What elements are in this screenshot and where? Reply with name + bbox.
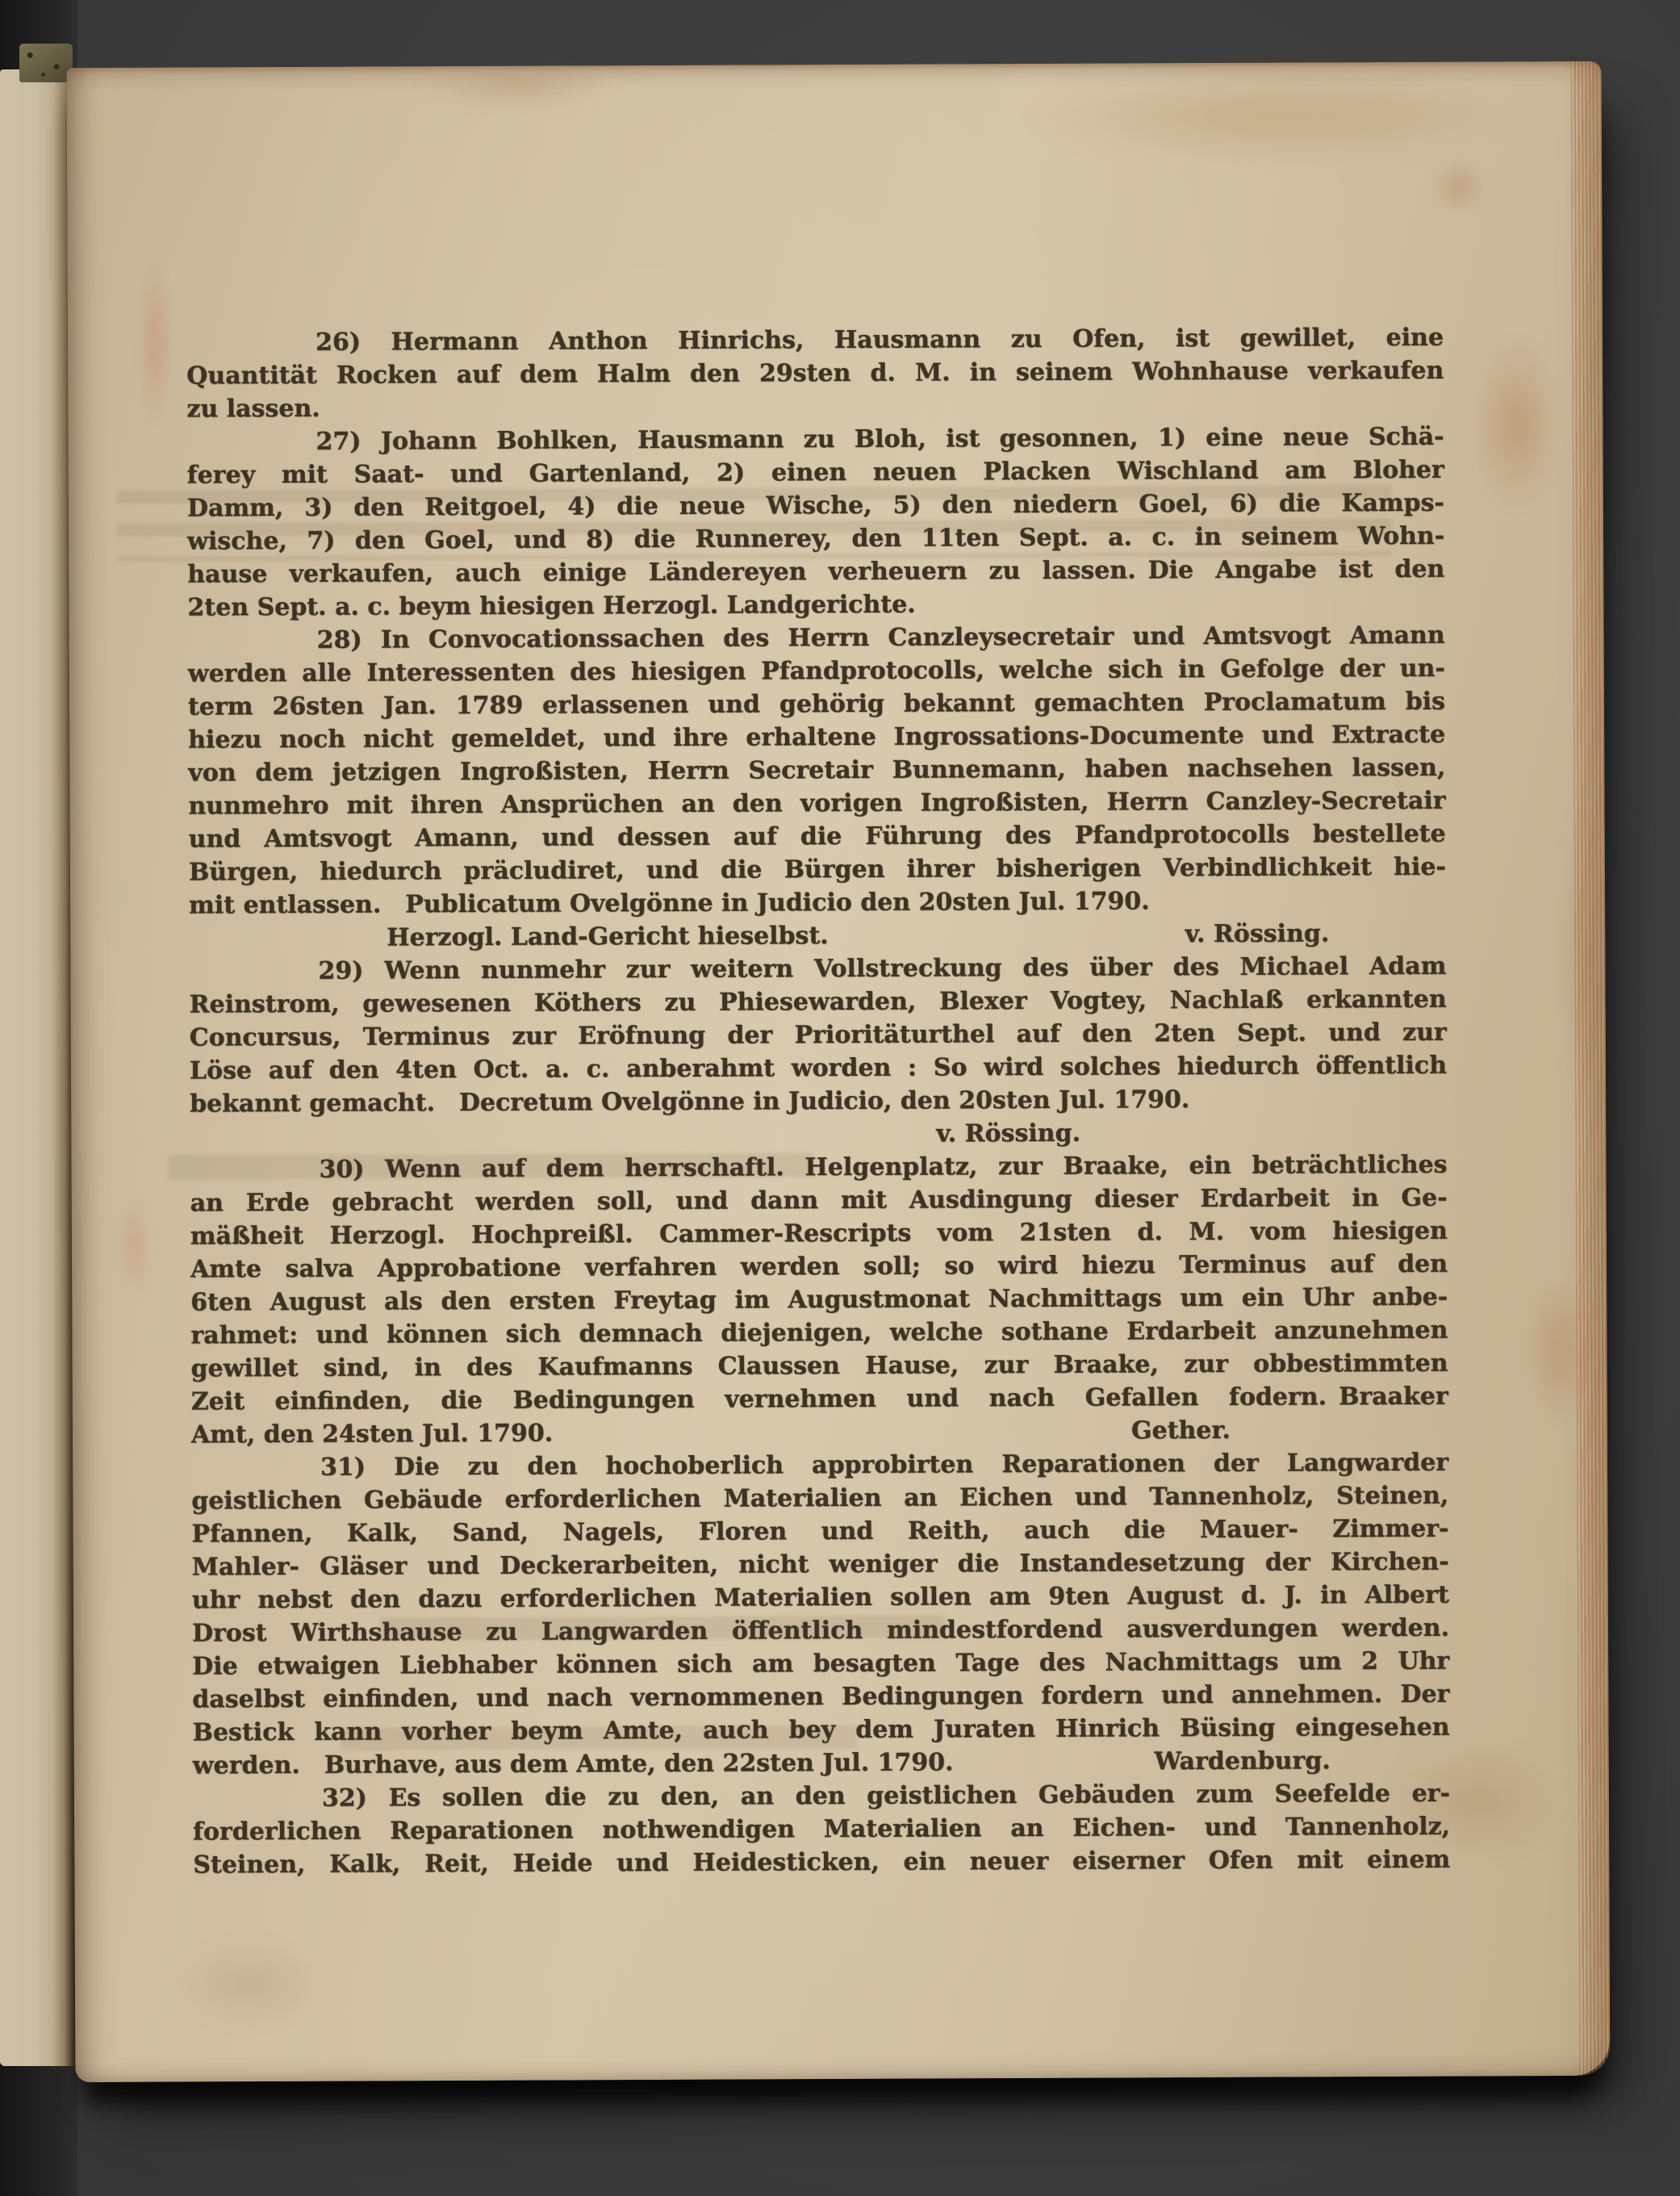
text-line: bekannt gemacht. Decretum Ovelgönne in J… <box>190 1082 1447 1121</box>
text-line: Amt, den 24sten Jul. 1790.Gether. <box>191 1413 1448 1452</box>
text-line: zu lassen. <box>186 387 1444 426</box>
text-line: Steinen, Kalk, Reit, Heide und Heidestic… <box>193 1843 1450 1882</box>
text-line: Herzogl. Land-Gericht hieselbst.v. Rössi… <box>189 917 1446 956</box>
scanner-background: 26) Hermann Anthon Hinrichs, Hausmann zu… <box>0 0 1680 2196</box>
text-line: 6ten August als den ersten Freytag im Au… <box>190 1281 1448 1320</box>
line-left-text: Amt, den 24sten Jul. 1790. <box>191 1417 553 1452</box>
stain <box>1019 66 1520 165</box>
text-line: an Erde gebracht werden soll, und dann m… <box>190 1182 1448 1220</box>
text-line: werden alle Interessenten des hiesigen P… <box>188 652 1445 691</box>
line-left-text: Herzogl. Land-Gericht hieselbst. <box>387 919 829 954</box>
text-line: Pfannen, Kalk, Sand, Nagels, Floren und … <box>191 1512 1448 1551</box>
signature: Wardenburg. <box>1154 1744 1330 1778</box>
text-line: wische, 7) den Goel, und 8) die Runnerey… <box>187 520 1444 558</box>
text-line: mit entlassen. Publicatum Ovelgönne in J… <box>189 884 1446 922</box>
text-line: 26) Hermann Anthon Hinrichs, Hausmann zu… <box>186 321 1444 360</box>
text-line: hause verkaufen, auch einige Ländereyen … <box>187 553 1444 592</box>
stain <box>1431 158 1487 215</box>
text-line: von dem jetzigen Ingroßisten, Herrn Secr… <box>188 751 1445 790</box>
text-line: Bestick kann vorher beym Amte, auch bey … <box>192 1711 1449 1750</box>
signature: Gether. <box>1131 1414 1231 1448</box>
paragraph-32: 32) Es sollen die zu den, an den geistli… <box>193 1777 1451 1882</box>
text-line: 29) Wenn nunmehr zur weitern Vollstrecku… <box>189 950 1446 989</box>
line-left-text: werden. Burhave, aus dem Amte, den 22ste… <box>193 1746 954 1782</box>
text-line: ferey mit Saat- und Gartenland, 2) einen… <box>187 454 1444 492</box>
text-line: Die etwaigen Liebhaber können sich am be… <box>192 1645 1449 1684</box>
text-line: Concursus, Terminus zur Eröfnung der Pri… <box>190 1016 1447 1055</box>
signature: v. Rössing. <box>190 1115 1447 1154</box>
page-fore-edge <box>1571 61 1611 2076</box>
text-line: forderlichen Reparationen nothwendigen M… <box>193 1810 1450 1849</box>
text-line: Bürgen, hiedurch präcludiret, und die Bü… <box>189 851 1446 889</box>
text-line: Zeit einfinden, die Bedingungen vernehme… <box>191 1380 1448 1419</box>
text-line: hiezu noch nicht gemeldet, und ihre erha… <box>188 718 1445 757</box>
text-line: term 26sten Jan. 1789 erlassenen und geh… <box>188 685 1445 724</box>
signature: v. Rössing. <box>1185 917 1330 951</box>
text-line: uhr nebst den dazu erforderlichen Materi… <box>192 1579 1449 1617</box>
text-line: Mahler- Gläser und Deckerarbeiten, nicht… <box>192 1546 1449 1584</box>
book-headband <box>19 44 73 82</box>
paragraph-29: 29) Wenn nunmehr zur weitern Vollstrecku… <box>189 950 1447 1154</box>
paragraph-26: 26) Hermann Anthon Hinrichs, Hausmann zu… <box>186 321 1444 426</box>
text-line: Amte salva Approbatione verfahren werden… <box>190 1248 1448 1286</box>
text-line: 31) Die zu den hochoberlich approbirten … <box>191 1446 1448 1485</box>
book-page: 26) Hermann Anthon Hinrichs, Hausmann zu… <box>67 61 1611 2082</box>
text-line: Reinstrom, gewesenen Köthers zu Phiesewa… <box>190 983 1447 1022</box>
text-line: 28) In Convocationssachen des Herrn Canz… <box>188 619 1445 658</box>
paragraph-31: 31) Die zu den hochoberlich approbirten … <box>191 1446 1450 1783</box>
text-line: Löse auf den 4ten Oct. a. c. anberahmt w… <box>190 1049 1447 1088</box>
stain <box>1472 336 1561 513</box>
stain <box>172 1939 325 2029</box>
text-line: und Amtsvogt Amann, und dessen auf die F… <box>189 818 1446 856</box>
text-line: gewillet sind, in des Kaufmanns Claussen… <box>191 1347 1448 1386</box>
text-line: 32) Es sollen die zu den, an den geistli… <box>193 1777 1450 1816</box>
stain <box>116 1194 153 1299</box>
text-line: Damm, 3) den Reitgoel, 4) die neue Wisch… <box>187 487 1444 525</box>
text-line: Quantität Rocken auf dem Halm den 29sten… <box>186 354 1444 393</box>
paragraph-28: 28) In Convocationssachen des Herrn Canz… <box>188 619 1447 956</box>
text-line: Drost Wirthshause zu Langwarden öffentli… <box>192 1612 1449 1650</box>
text-line: 2ten Sept. a. c. beym hiesigen Herzogl. … <box>187 586 1444 625</box>
text-line: daselbst einfinden, und nach vernommenen… <box>192 1678 1449 1717</box>
text-line: geistlichen Gebäude erforderlichen Mater… <box>191 1479 1448 1518</box>
gutter-page-edges <box>0 69 77 2066</box>
paragraph-27: 27) Johann Bohlken, Hausmann zu Bloh, is… <box>186 420 1444 625</box>
text-line: 30) Wenn auf dem herrschaftl. Helgenplat… <box>190 1148 1447 1187</box>
text-line: rahmet: und können sich demnach diejenig… <box>190 1314 1448 1353</box>
text-line: 27) Johann Bohlken, Hausmann zu Bloh, is… <box>186 420 1444 459</box>
paragraph-30: 30) Wenn auf dem herrschaftl. Helgenplat… <box>190 1148 1448 1452</box>
text-line: nunmehro mit ihren Ansprüchen an den vor… <box>188 784 1445 823</box>
text-line: werden. Burhave, aus dem Amte, den 22ste… <box>193 1744 1450 1783</box>
stain <box>414 61 624 110</box>
stain <box>139 257 172 427</box>
text-line: mäßheit Herzogl. Hochpreißl. Cammer-Resc… <box>190 1215 1448 1253</box>
text-block: 26) Hermann Anthon Hinrichs, Hausmann zu… <box>186 321 1450 1882</box>
